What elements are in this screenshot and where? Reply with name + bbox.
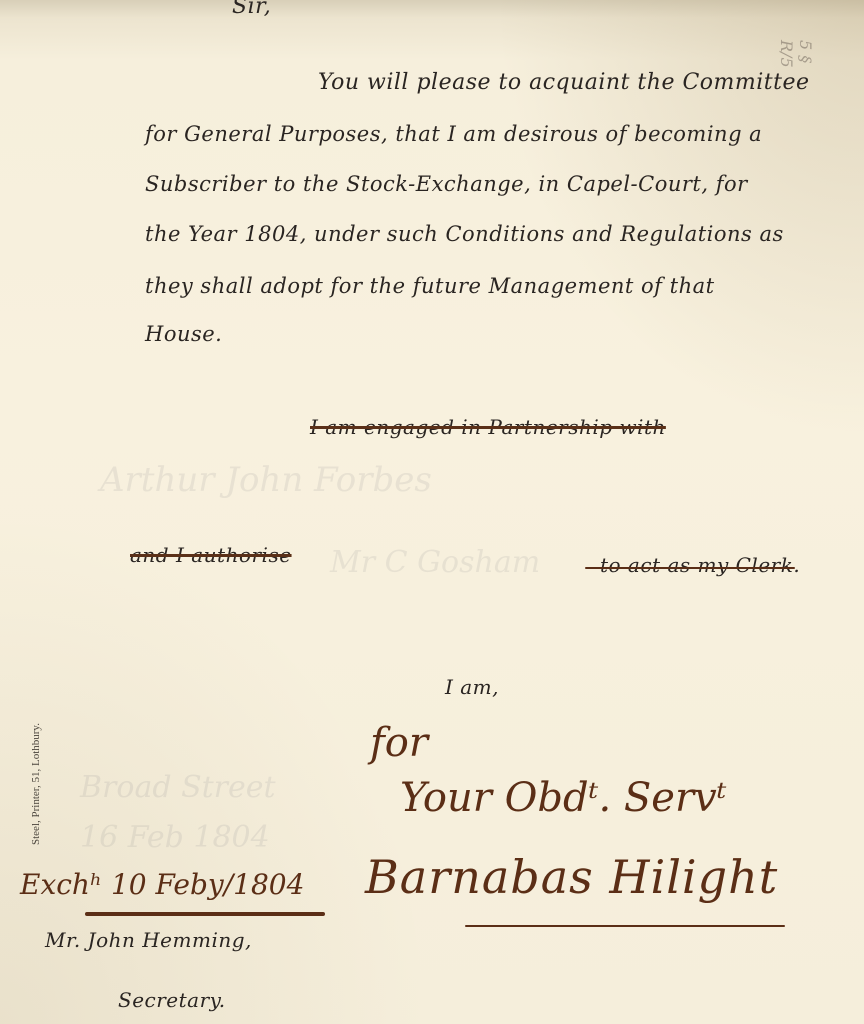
partnership-line-struck: I am engaged in Partnership with [310,415,666,439]
addressee-title: Secretary. [118,988,226,1012]
body-line-6: House. [145,322,222,346]
authorise-prefix-struck: and I authorise [130,543,292,567]
date-note: Exchʰ 10 Feby/1804 [20,868,304,901]
salutation: Sir, [232,0,271,19]
signature-name: Barnabas Hilight [365,850,778,904]
body-line-1: You will please to acquaint the Committe… [318,70,810,95]
body-line-3: Subscriber to the Stock-Exchange, in Cap… [145,172,825,196]
bleed-through-text: Broad Street [80,770,276,805]
body-line-2: for General Purposes, that I am desirous… [145,122,825,146]
signature-servant: Your Obdᵗ. Servᵗ [400,775,727,821]
body-line-4: the Year 1804, under such Conditions and… [145,222,825,246]
strike-line [585,567,795,569]
signature-underline [465,925,785,927]
signature-for: for [370,720,428,766]
printer-imprint: Steel, Printer, 51, Lothbury. [30,723,42,845]
body-line-5: they shall adopt for the future Manageme… [145,274,825,298]
bleed-through-text: Arthur John Forbes [100,460,432,500]
addressee: Mr. John Hemming, [45,928,252,952]
bleed-through-text: 16 Feb 1804 [80,820,270,855]
clerk-suffix: to act as my Clerk. [600,553,800,577]
date-underline [85,912,325,916]
bleed-through-text: Mr C Gosham [330,545,540,580]
closing: I am, [445,675,499,699]
